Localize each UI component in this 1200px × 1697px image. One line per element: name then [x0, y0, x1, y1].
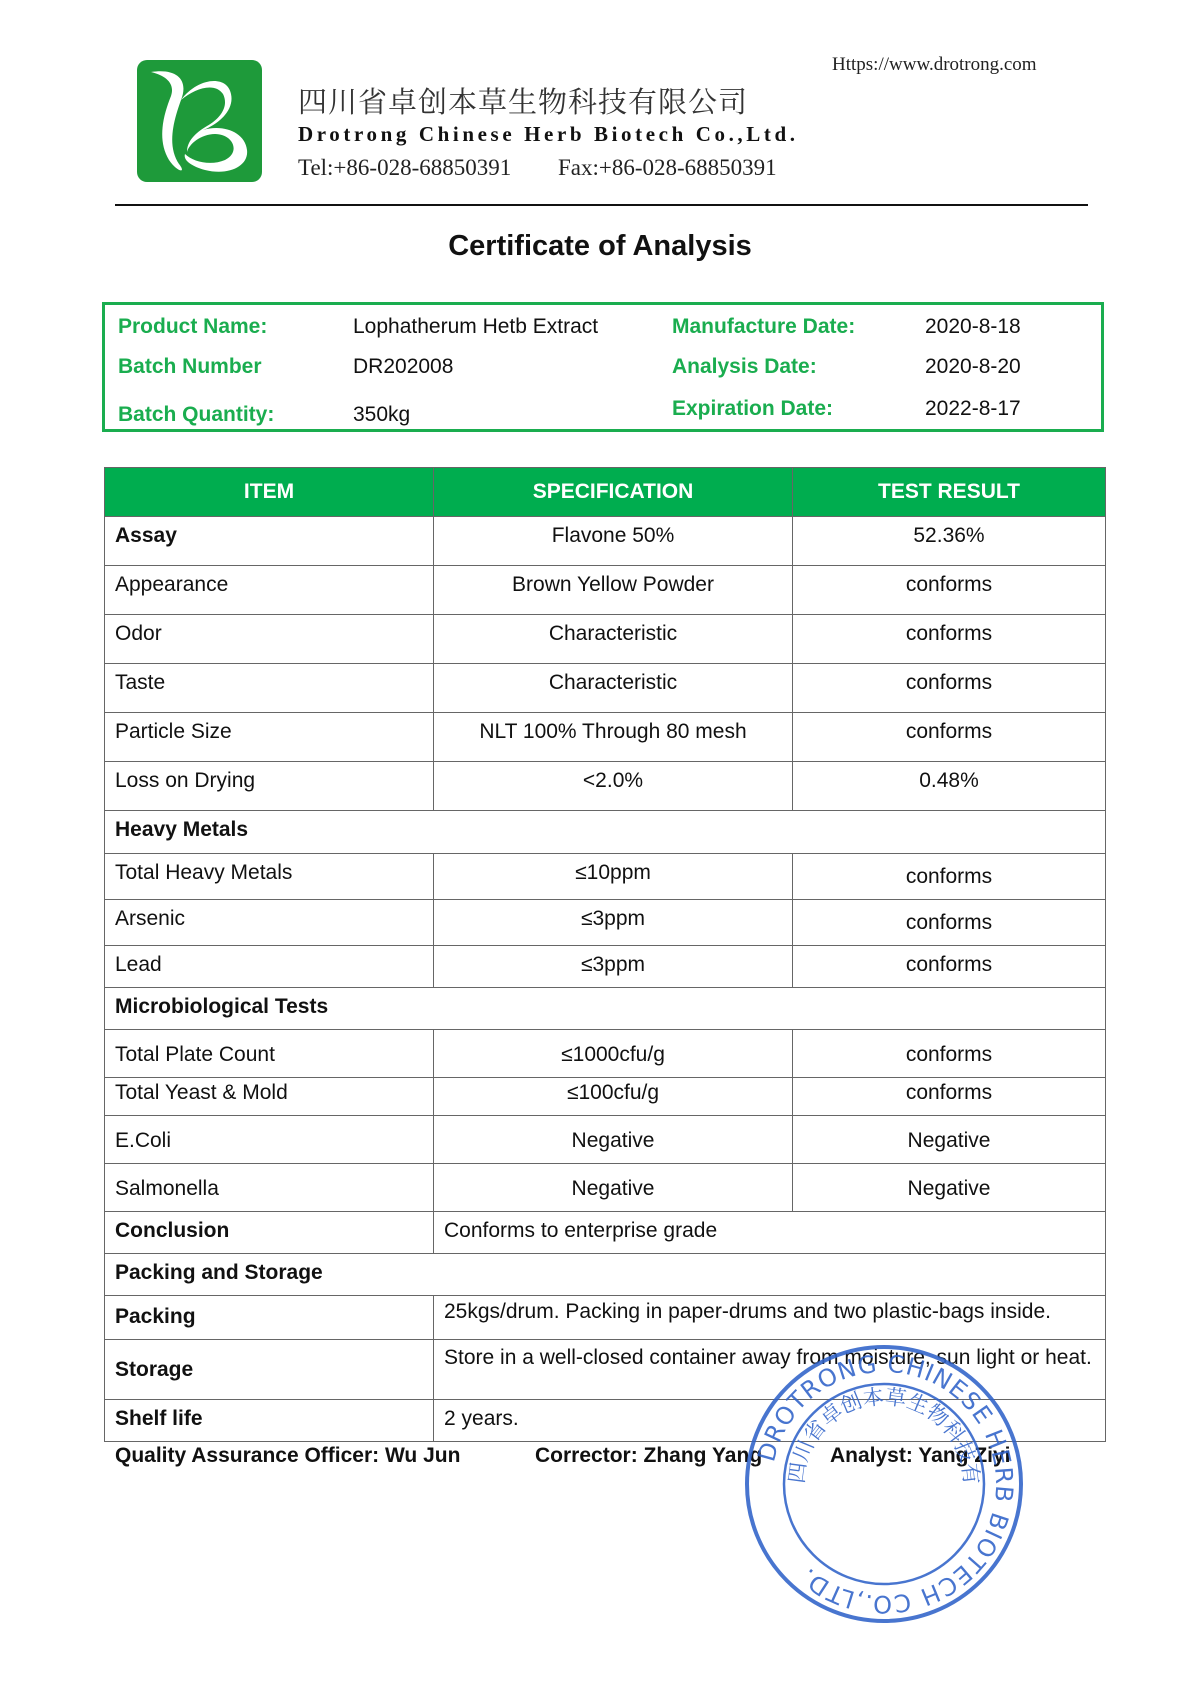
item-cell: Appearance — [105, 566, 434, 615]
spec-cell: ≤10ppm — [434, 854, 793, 900]
item-cell: Assay — [105, 517, 434, 566]
spec-cell: Characteristic — [434, 615, 793, 664]
company-logo — [137, 60, 262, 182]
telephone: Tel:+86-028-68850391 — [298, 155, 511, 181]
spec-cell: ≤1000cfu/g — [434, 1030, 793, 1078]
result-cell: conforms — [793, 664, 1106, 713]
table-row: Salmonella Negative Negative — [105, 1164, 1106, 1212]
item-cell: Lead — [105, 946, 434, 988]
leaf-b-logo-icon — [137, 60, 262, 182]
qa-officer-signature: Quality Assurance Officer: Wu Jun — [115, 1444, 460, 1468]
result-cell: conforms — [793, 615, 1106, 664]
item-cell: Total Plate Count — [105, 1030, 434, 1078]
section-heading: Packing and Storage — [105, 1254, 1106, 1296]
spec-cell: ≤3ppm — [434, 946, 793, 988]
table-header-row: ITEM SPECIFICATION TEST RESULT — [105, 468, 1106, 517]
table-row: Total Plate Count ≤1000cfu/g conforms — [105, 1030, 1106, 1078]
table-row: Lead ≤3ppm conforms — [105, 946, 1106, 988]
manufacture-date-value: 2020-8-18 — [925, 315, 1021, 339]
expiration-date-value: 2022-8-17 — [925, 397, 1021, 421]
conclusion-label: Conclusion — [105, 1212, 434, 1254]
header-divider — [115, 204, 1088, 206]
packing-value: 25kgs/drum. Packing in paper-drums and t… — [434, 1296, 1106, 1340]
conclusion-row: Conclusion Conforms to enterprise grade — [105, 1212, 1106, 1254]
analyst-signature: Analyst: Yang Ziyi — [830, 1444, 1011, 1468]
table-row: Particle Size NLT 100% Through 80 mesh c… — [105, 713, 1106, 762]
result-cell: conforms — [793, 854, 1106, 900]
column-header-item: ITEM — [105, 468, 434, 517]
website-url[interactable]: Https://www.drotrong.com — [832, 54, 1037, 76]
result-cell: conforms — [793, 1078, 1106, 1116]
item-cell: Total Yeast & Mold — [105, 1078, 434, 1116]
table-row: Arsenic ≤3ppm conforms — [105, 900, 1106, 946]
analysis-date-value: 2020-8-20 — [925, 355, 1021, 379]
item-cell: Total Heavy Metals — [105, 854, 434, 900]
result-cell: Negative — [793, 1164, 1106, 1212]
item-cell: Taste — [105, 664, 434, 713]
result-cell: conforms — [793, 1030, 1106, 1078]
product-name-value: Lophatherum Hetb Extract — [353, 315, 598, 339]
item-cell: Salmonella — [105, 1164, 434, 1212]
result-cell: 52.36% — [793, 517, 1106, 566]
shelf-life-row: Shelf life 2 years. — [105, 1400, 1106, 1442]
column-header-specification: SPECIFICATION — [434, 468, 793, 517]
corrector-signature: Corrector: Zhang Yang — [535, 1444, 762, 1468]
spec-cell: Characteristic — [434, 664, 793, 713]
spec-cell: Flavone 50% — [434, 517, 793, 566]
table-row: Appearance Brown Yellow Powder conforms — [105, 566, 1106, 615]
conclusion-value: Conforms to enterprise grade — [434, 1212, 1106, 1254]
spec-cell: ≤100cfu/g — [434, 1078, 793, 1116]
result-cell: conforms — [793, 713, 1106, 762]
product-info-box: Product Name: Lophatherum Hetb Extract B… — [102, 302, 1104, 432]
result-cell: conforms — [793, 900, 1106, 946]
table-row: E.Coli Negative Negative — [105, 1116, 1106, 1164]
spec-cell: Negative — [434, 1164, 793, 1212]
batch-number-label: Batch Number — [118, 355, 262, 379]
storage-label: Storage — [105, 1340, 434, 1400]
batch-number-value: DR202008 — [353, 355, 453, 379]
shelf-life-label: Shelf life — [105, 1400, 434, 1442]
result-cell: 0.48% — [793, 762, 1106, 811]
expiration-date-label: Expiration Date: — [672, 397, 833, 421]
result-cell: conforms — [793, 566, 1106, 615]
company-name-chinese: 四川省卓创本草生物科技有限公司 — [298, 80, 748, 121]
packing-row: Packing 25kgs/drum. Packing in paper-dru… — [105, 1296, 1106, 1340]
analysis-date-label: Analysis Date: — [672, 355, 817, 379]
packing-label: Packing — [105, 1296, 434, 1340]
table-row: Taste Characteristic conforms — [105, 664, 1106, 713]
spec-cell: Brown Yellow Powder — [434, 566, 793, 615]
storage-row: Storage Store in a well-closed container… — [105, 1340, 1106, 1400]
spec-cell: Negative — [434, 1116, 793, 1164]
table-row: Total Heavy Metals ≤10ppm conforms — [105, 854, 1106, 900]
manufacture-date-label: Manufacture Date: — [672, 315, 855, 339]
section-row-packing-storage: Packing and Storage — [105, 1254, 1106, 1296]
table-row: Loss on Drying <2.0% 0.48% — [105, 762, 1106, 811]
result-cell: Negative — [793, 1116, 1106, 1164]
section-row-microbiological: Microbiological Tests — [105, 988, 1106, 1030]
spec-cell: <2.0% — [434, 762, 793, 811]
fax: Fax:+86-028-68850391 — [558, 155, 777, 181]
table-row: Odor Characteristic conforms — [105, 615, 1106, 664]
section-heading: Microbiological Tests — [105, 988, 1106, 1030]
item-cell: E.Coli — [105, 1116, 434, 1164]
batch-quantity-value: 350kg — [353, 403, 410, 427]
storage-value: Store in a well-closed container away fr… — [434, 1340, 1106, 1400]
item-cell: Arsenic — [105, 900, 434, 946]
column-header-test-result: TEST RESULT — [793, 468, 1106, 517]
product-name-label: Product Name: — [118, 315, 267, 339]
shelf-life-value: 2 years. — [434, 1400, 1106, 1442]
item-cell: Particle Size — [105, 713, 434, 762]
item-cell: Odor — [105, 615, 434, 664]
batch-quantity-label: Batch Quantity: — [118, 403, 274, 427]
table-row: Total Yeast & Mold ≤100cfu/g conforms — [105, 1078, 1106, 1116]
spec-cell: ≤3ppm — [434, 900, 793, 946]
item-cell: Loss on Drying — [105, 762, 434, 811]
page-title: Certificate of Analysis — [0, 230, 1200, 263]
section-row-heavy-metals: Heavy Metals — [105, 811, 1106, 854]
spec-cell: NLT 100% Through 80 mesh — [434, 713, 793, 762]
company-name-english: Drotrong Chinese Herb Biotech Co.,Ltd. — [298, 122, 799, 147]
section-heading: Heavy Metals — [105, 811, 1106, 854]
table-row: Assay Flavone 50% 52.36% — [105, 517, 1106, 566]
analysis-table: ITEM SPECIFICATION TEST RESULT Assay Fla… — [104, 467, 1106, 1442]
result-cell: conforms — [793, 946, 1106, 988]
